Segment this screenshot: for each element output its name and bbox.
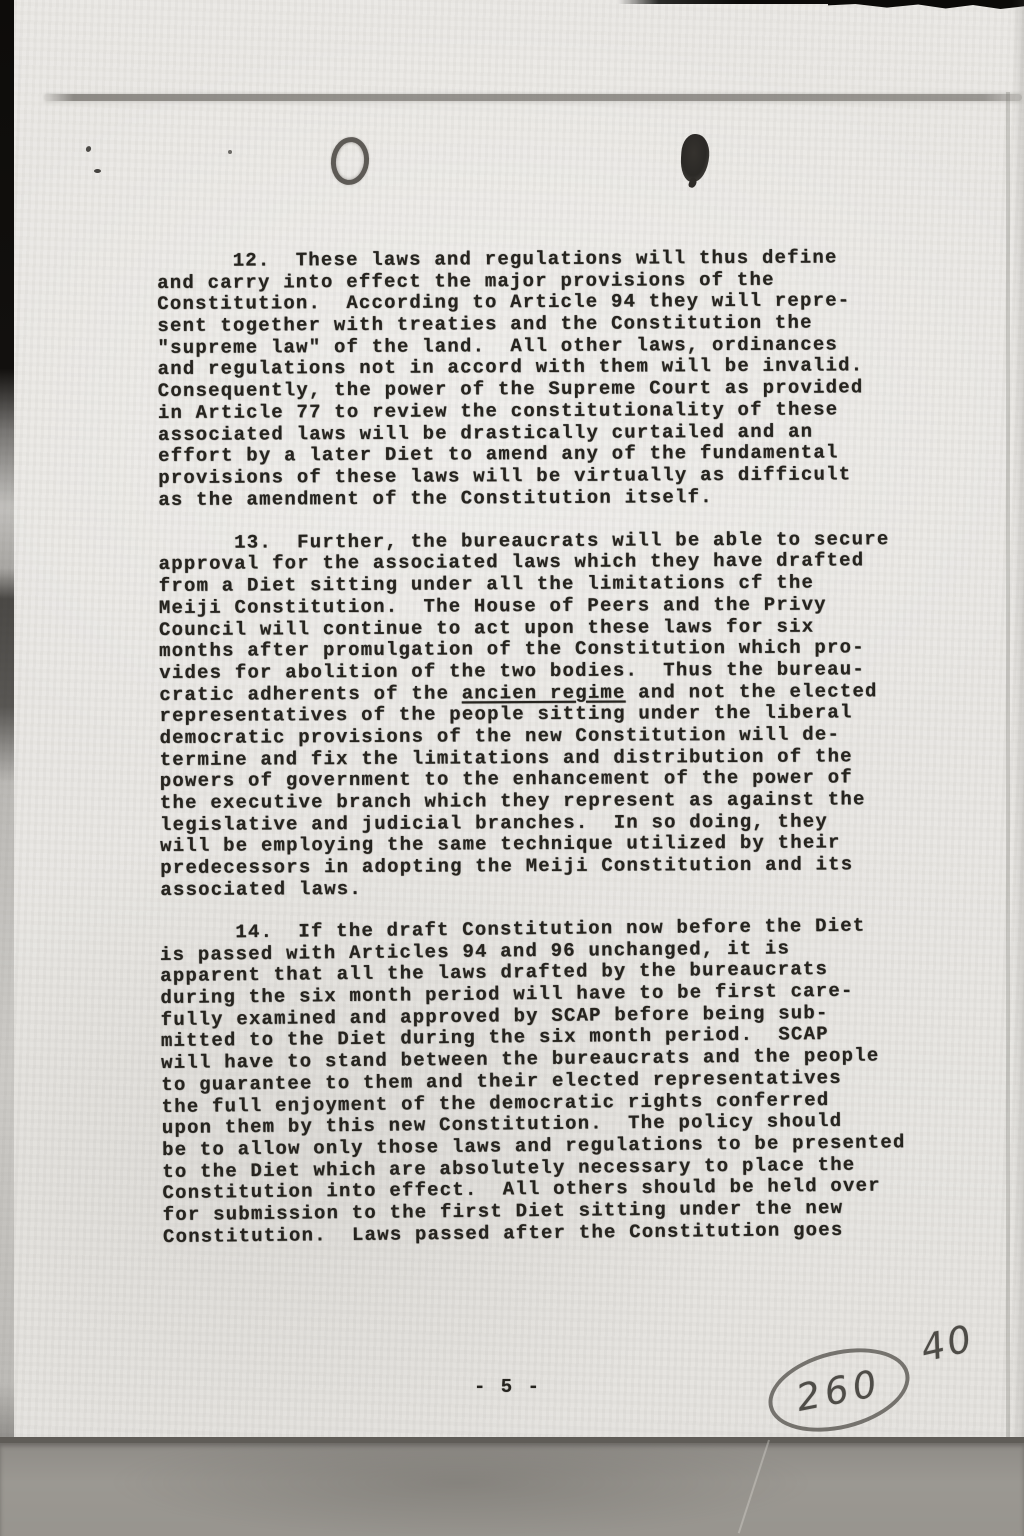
typewritten-line: in Article 77 to review the constitution… bbox=[158, 399, 938, 425]
paragraph-14: 14. If the draft Constitution now before… bbox=[160, 915, 943, 1248]
ink-blob-mark bbox=[679, 133, 710, 183]
scan-edge-bar-top-right bbox=[828, 0, 1024, 9]
ink-speck bbox=[94, 169, 101, 173]
handwritten-corner-number: 40 bbox=[917, 1317, 978, 1371]
paper-right-edge-line bbox=[1006, 92, 1010, 1437]
hole-punch-ring-mark bbox=[328, 135, 372, 187]
scan-background-band bbox=[0, 1437, 1024, 1536]
paragraph-13: 13. Further, the bureaucrats will be abl… bbox=[158, 529, 940, 902]
paragraph-12: 12. These laws and regulations will thus… bbox=[157, 247, 938, 511]
underlined-phrase: ancien regime bbox=[462, 681, 626, 704]
typewritten-line: as the amendment of the Constitution its… bbox=[158, 485, 938, 511]
typewritten-line: provisions of these laws will be virtual… bbox=[158, 464, 938, 490]
ink-speck bbox=[228, 150, 232, 154]
typewritten-line: associated laws. bbox=[160, 876, 940, 902]
typewritten-line: Meiji Constitution. The House of Peers a… bbox=[159, 594, 939, 620]
scan-edge-strip-left bbox=[0, 0, 14, 1536]
handwritten-circled-number: 260 bbox=[760, 1335, 919, 1446]
scan-crease-line bbox=[44, 94, 1022, 101]
scanned-document-page: 12. These laws and regulations will thus… bbox=[0, 0, 1024, 1536]
right-edge-shading bbox=[1012, 0, 1024, 1536]
circled-number-text: 260 bbox=[793, 1361, 885, 1420]
typewritten-line: predecessors in adopting the Meiji Const… bbox=[160, 854, 940, 880]
document-body: 12. These laws and regulations will thus… bbox=[157, 247, 942, 1270]
ink-speck bbox=[85, 145, 92, 153]
page-number: - 5 - bbox=[474, 1376, 541, 1398]
typewritten-line: 12. These laws and regulations will thus… bbox=[157, 247, 937, 273]
